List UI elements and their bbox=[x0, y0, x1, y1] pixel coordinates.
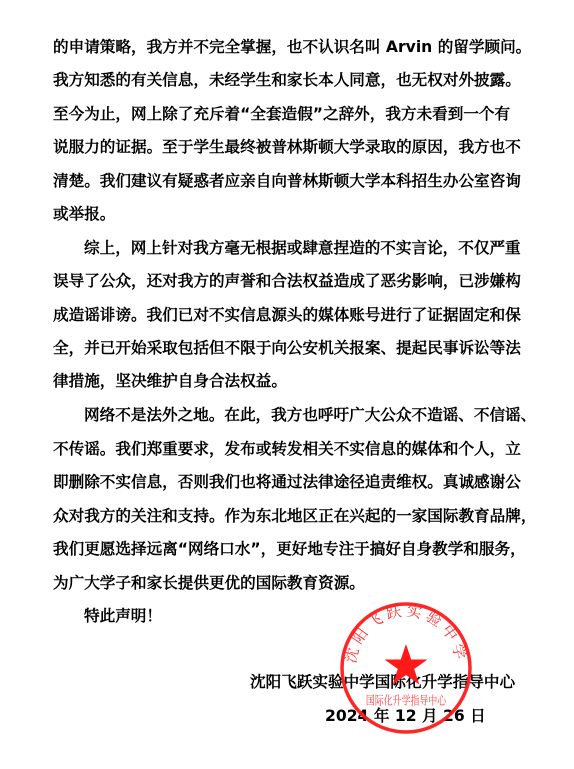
signature-date: 2024 年 12 月 26 日 bbox=[325, 706, 486, 726]
paragraph-line: 误导了公众，还对我方的声誉和合法权益造成了恶劣影响，已涉嫌构 bbox=[53, 271, 523, 291]
paragraph-line: 众对我方的关注和支持。作为东北地区正在兴起的一家国际教育品牌， bbox=[53, 506, 523, 526]
paragraph-line: 律措施，坚决维护自身合法权益。 bbox=[53, 371, 523, 391]
paragraph-line: 或举报。 bbox=[53, 204, 523, 224]
paragraph-line: 不传谣。我们郑重要求，发布或转发相关不实信息的媒体和个人，立 bbox=[53, 439, 523, 459]
paragraph-line: 清楚。我们建议有疑惑者应亲自向普林斯顿大学本科招生办公室咨询 bbox=[53, 171, 523, 191]
paragraph-line: 网络不是法外之地。在此，我方也呼吁广大公众不造谣、不信谣、 bbox=[84, 405, 554, 425]
paragraph-line: 全，并已开始采取包括但不限于向公安机关报案、提起民事诉讼等法 bbox=[53, 338, 523, 358]
paragraph-line: 至今为止，网上除了充斥着“全套造假”之辞外，我方未看到一个有 bbox=[53, 104, 523, 124]
signature-organization: 沈阳飞跃实验中学国际化升学指导中心 bbox=[250, 672, 515, 692]
paragraph-line: 我方知悉的有关信息，未经学生和家长本人同意，也无权对外披露。 bbox=[53, 70, 523, 90]
paragraph-line: 我们更愿选择远离“网络口水”，更好地专注于搞好自身教学和服务， bbox=[53, 539, 523, 559]
paragraph-line: 的申请策略，我方并不完全掌握，也不认识名叫 Arvin 的留学顾问。 bbox=[53, 37, 523, 57]
statement-page: 的申请策略，我方并不完全掌握，也不认识名叫 Arvin 的留学顾问。 我方知悉的… bbox=[0, 0, 574, 769]
paragraph-line: 成造谣诽谤。我们已对不实信息源头的媒体账号进行了证据固定和保 bbox=[53, 305, 523, 325]
closing-statement: 特此声明！ bbox=[84, 606, 554, 626]
paragraph-line: 为广大学子和家长提供更优的国际教育资源。 bbox=[53, 573, 523, 593]
paragraph-line: 综上，网上针对我方毫无根据或肆意捏造的不实言论，不仅严重 bbox=[84, 238, 554, 258]
paragraph-line: 即删除不实信息，否则我们也将通过法律途径追责维权。真诚感谢公 bbox=[53, 472, 523, 492]
paragraph-line: 说服力的证据。至于学生最终被普林斯顿大学录取的原因，我方也不 bbox=[53, 137, 523, 157]
